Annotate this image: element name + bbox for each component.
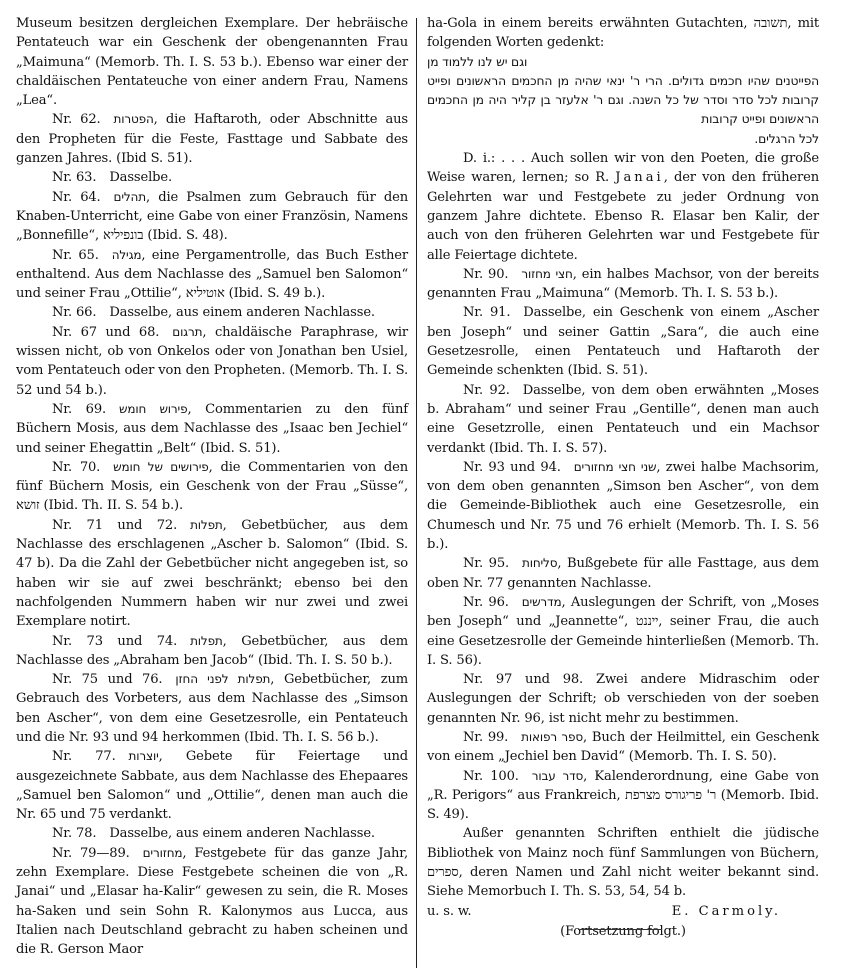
catalog-entry: Nr. 99. ספר רפואות, Buch der Heilmittel,… [427,728,819,767]
catalog-entry: Nr. 62. הפטרות, die Haftaroth, oder Absc… [16,110,408,168]
catalog-entry: Nr. 73 und 74. תפלות, Gebetbücher, aus d… [16,632,408,671]
catalog-entry: Nr. 93 und 94. שני חצי מחזורים, zwei hal… [427,458,819,554]
entry-number: Nr. 65. [52,248,99,263]
entry-hebrew-title: סדר עבור [532,769,583,783]
entry-hebrew-title: פירושים של חומש [113,460,208,474]
entry-hebrew-title: פירוש חומש [119,402,187,416]
entry-hebrew-title: מגילה [112,248,142,262]
entry-number: Nr. 66. [52,305,96,320]
entry-number: Nr. 97 und 98. [463,672,583,687]
catalog-entry: Nr. 100. סדר עבור, Kalenderordnung, eine… [427,767,819,825]
entry-hebrew-title: יוצרות [129,749,159,763]
catalog-entry: Nr. 67 und 68. תרגום, chaldäische Paraph… [16,323,408,400]
author-signature: E. Carmoly. [672,902,819,921]
catalog-entry: Nr. 65. מגילה, eine Pergamentrolle, das … [16,246,408,304]
catalog-entry: Nr. 64. תהלים, die Psalmen zum Gebrauch … [16,188,408,246]
entry-hebrew-title: הפטרות [114,112,154,126]
entry-number: Nr. 77. [52,749,116,764]
intro-paragraph: Museum besitzen dergleichen Exemplare. D… [16,14,408,110]
entry-number: Nr. 62. [52,112,101,127]
entry-number: Nr. 95. [463,556,509,571]
entry-hebrew-title: תפלות [190,634,223,648]
entry-text: Dasselbe, aus einem anderen Nachlasse. [109,826,375,841]
catalog-entry: Nr. 77. יוצרות, Gebete für Feiertage und… [16,747,408,824]
entry-hebrew-title: שני חצי מחזורים [574,460,657,474]
entry-hebrew-title: מדרשים [522,595,562,609]
entry-number: Nr. 67 und 68. [52,325,159,340]
entry-number: Nr. 73 und 74. [52,634,177,649]
entry-number: Nr. 78. [52,826,96,841]
entry-hebrew-title: תרגום [172,325,202,339]
catalog-entry: Nr. 66. Dasselbe, aus einem anderen Nach… [16,303,408,322]
entry-number: Nr. 64. [52,190,101,205]
catalog-entry: Nr. 95. סליחות, Bußgebete für alle Fastt… [427,554,819,593]
entry-number: Nr. 79—89. [52,846,130,861]
entry-hebrew-title: חצי מחזור [521,267,572,281]
right-entries: Nr. 90. חצי מחזור, ein halbes Machsor, v… [427,265,819,825]
catalog-entry: Nr. 92. Dasselbe, von dem oben erwähnten… [427,381,819,458]
entry-text: , Festgebete für das ganze Jahr, zehn Ex… [16,846,408,957]
hebrew-quote: וגם יש לנו ללמוד מן הפייטנים שהיו חכמים … [427,53,819,149]
translation-paragraph: D. i.: . . . Auch sollen wir von den Poe… [427,149,819,265]
entry-number: Nr. 69. [52,402,106,417]
left-column: Museum besitzen dergleichen Exemplare. D… [16,14,408,960]
entry-number: Nr. 92. [463,383,510,398]
continuation-paragraph: ha-Gola in einem bereits erwähnten Gutac… [427,14,819,53]
catalog-entry: Nr. 97 und 98. Zwei andere Midraschim od… [427,670,819,728]
entry-text: Dasselbe. [109,170,172,185]
entry-hebrew-title: תפלות [190,518,223,532]
catalog-entry: Nr. 69. פירוש חומש, Commentarien zu den … [16,400,408,458]
catalog-entry: Nr. 90. חצי מחזור, ein halbes Machsor, v… [427,265,819,304]
entry-number: Nr. 71 und 72. [52,518,177,533]
left-entries: Nr. 62. הפטרות, die Haftaroth, oder Absc… [16,110,408,959]
entry-hebrew-title: ספר רפואות [521,730,583,744]
catalog-entry: Nr. 71 und 72. תפלות, Gebetbücher, aus d… [16,516,408,632]
column-divider [416,18,417,968]
catalog-entry: Nr. 96. מדרשים, Auslegungen der Schrift,… [427,593,819,670]
catalog-entry: Nr. 79—89. מחזורים, Festgebete für das g… [16,844,408,960]
entry-number: Nr. 63. [52,170,96,185]
catalog-entry: Nr. 75 und 76. תפלות לפני החזן, Gebetbüc… [16,670,408,747]
entry-number: Nr. 90. [463,267,508,282]
entry-text: Dasselbe, aus einem anderen Nachlasse. [109,305,375,320]
entry-number: Nr. 70. [52,460,100,475]
entry-number: Nr. 99. [463,730,508,745]
entry-hebrew-title: תפלות לפני החזן [175,672,270,686]
closing-end: u. s. w. [427,902,471,921]
entry-hebrew-title: מחזורים [143,846,183,860]
right-column: ha-Gola in einem bereits erwähnten Gutac… [427,14,819,941]
end-rule [578,929,662,930]
signature-line: u. s. w. E. Carmoly. [427,902,819,921]
entry-number: Nr. 100. [463,769,519,784]
catalog-entry: Nr. 91. Dasselbe, ein Geschenk von einem… [427,303,819,380]
entry-hebrew-title: סליחות [522,556,557,570]
catalog-entry: Nr. 78. Dasselbe, aus einem anderen Nach… [16,824,408,843]
entry-hebrew-title: תהלים [114,190,146,204]
continued-note: (Fortsetzung folgt.) [427,922,819,941]
hebrew-quote-last: לכל הרגלים. [427,130,819,149]
catalog-entry: Nr. 63. Dasselbe. [16,168,408,187]
entry-text: , Gebetbücher, aus dem Nachlasse des ers… [16,518,408,629]
entry-number: Nr. 96. [463,595,509,610]
entry-number: Nr. 75 und 76. [52,672,162,687]
entry-number: Nr. 91. [463,305,510,320]
catalog-entry: Nr. 70. פירושים של חומש, die Commentarie… [16,458,408,516]
closing-paragraph: Außer genannten Schriften enthielt die j… [427,824,819,901]
hebrew-quote-first: וגם יש לנו ללמוד מן [427,53,819,72]
entry-number: Nr. 93 und 94. [463,460,561,475]
hebrew-quote-body: הפייטנים שהיו חכמים גדולים. הרי ר' ינאי … [427,72,819,130]
